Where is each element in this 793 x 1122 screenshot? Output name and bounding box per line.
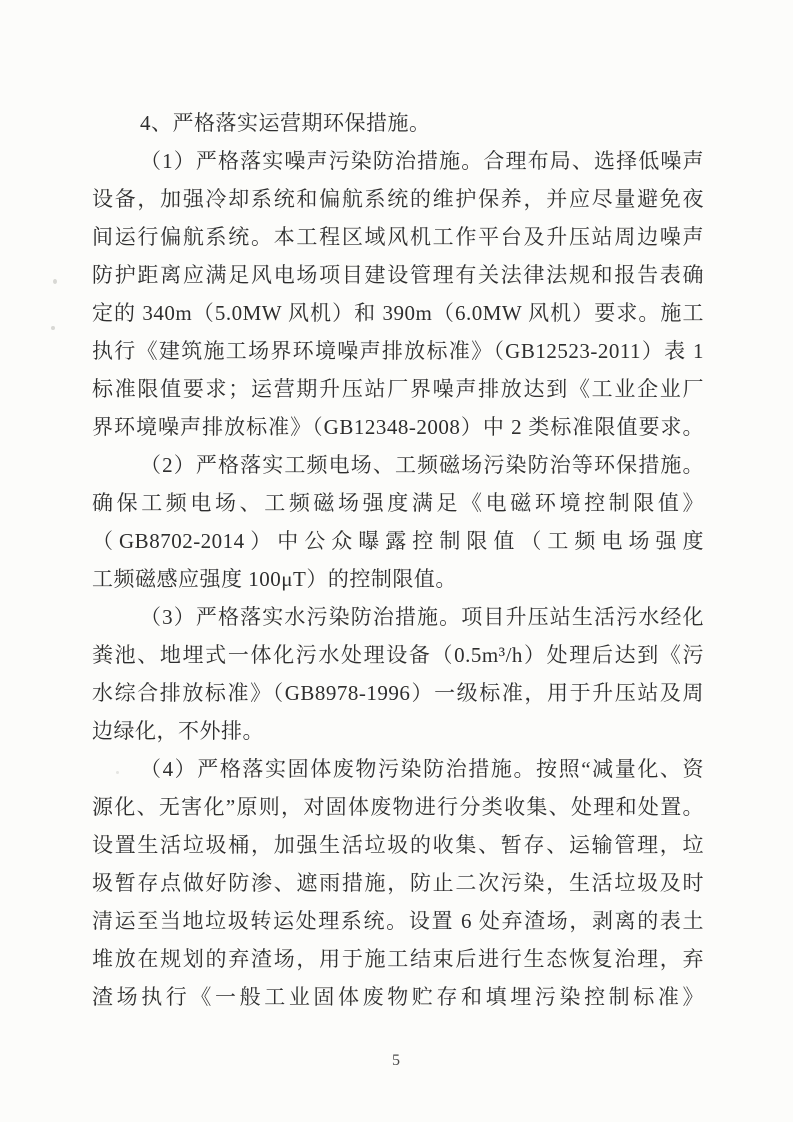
document-line: 执行《建筑施工场界环境噪声排放标准》（GB12523-2011）表 1: [92, 332, 704, 370]
document-line: 间运行偏航系统。本工程区域风机工作平台及升压站周边噪声: [92, 218, 704, 256]
document-line: 堆放在规划的弃渣场，用于施工结束后进行生态恢复治理，弃: [92, 940, 704, 978]
document-page: 4、严格落实运营期环保措施。（1）严格落实噪声污染防治措施。合理布局、选择低噪声…: [0, 0, 793, 1122]
document-line: 水综合排放标准》（GB8978-1996）一级标准，用于升压站及周: [92, 674, 704, 712]
page-number: 5: [0, 1052, 793, 1070]
document-line: （GB8702-2014）中公众曝露控制限值（工频电场强度 4000V/m、: [92, 522, 704, 560]
document-line: 防护距离应满足风电场项目建设管理有关法律法规和报告表确: [92, 256, 704, 294]
document-line: （1）严格落实噪声污染防治措施。合理布局、选择低噪声: [92, 142, 704, 180]
document-line: 4、严格落实运营期环保措施。: [92, 104, 704, 142]
document-line: （4）严格落实固体废物污染防治措施。按照“减量化、资: [92, 750, 704, 788]
document-line: 确保工频电场、工频磁场强度满足《电磁环境控制限值》: [92, 484, 704, 522]
document-line: 粪池、地埋式一体化污水处理设备（0.5m³/h）处理后达到《污: [92, 636, 704, 674]
document-line: 设置生活垃圾桶，加强生活垃圾的收集、暂存、运输管理，垃: [92, 826, 704, 864]
scan-artifact: [51, 326, 55, 330]
document-line: （2）严格落实工频电场、工频磁场污染防治等环保措施。: [92, 446, 704, 484]
document-line: 源化、无害化”原则，对固体废物进行分类收集、处理和处置。: [92, 788, 704, 826]
document-body: 4、严格落实运营期环保措施。（1）严格落实噪声污染防治措施。合理布局、选择低噪声…: [92, 104, 704, 1016]
document-line: 定的 340m（5.0MW 风机）和 390m（6.0MW 风机）要求。施工期: [92, 294, 704, 332]
document-line: 标准限值要求；运营期升压站厂界噪声排放达到《工业企业厂: [92, 370, 704, 408]
document-line: 圾暂存点做好防渗、遮雨措施，防止二次污染，生活垃圾及时: [92, 864, 704, 902]
document-line: 设备，加强冷却系统和偏航系统的维护保养，并应尽量避免夜: [92, 180, 704, 218]
document-line: 清运至当地垃圾转运处理系统。设置 6 处弃渣场，剥离的表土: [92, 902, 704, 940]
document-line: 界环境噪声排放标准》（GB12348-2008）中 2 类标准限值要求。: [92, 408, 704, 446]
document-line: 边绿化，不外排。: [92, 712, 704, 750]
scan-artifact: [53, 279, 57, 284]
document-line: （3）严格落实水污染防治措施。项目升压站生活污水经化: [92, 598, 704, 636]
document-line: 渣场执行《一般工业固体废物贮存和填埋污染控制标准》: [92, 978, 704, 1016]
document-line: 工频磁感应强度 100μT）的控制限值。: [92, 560, 704, 598]
